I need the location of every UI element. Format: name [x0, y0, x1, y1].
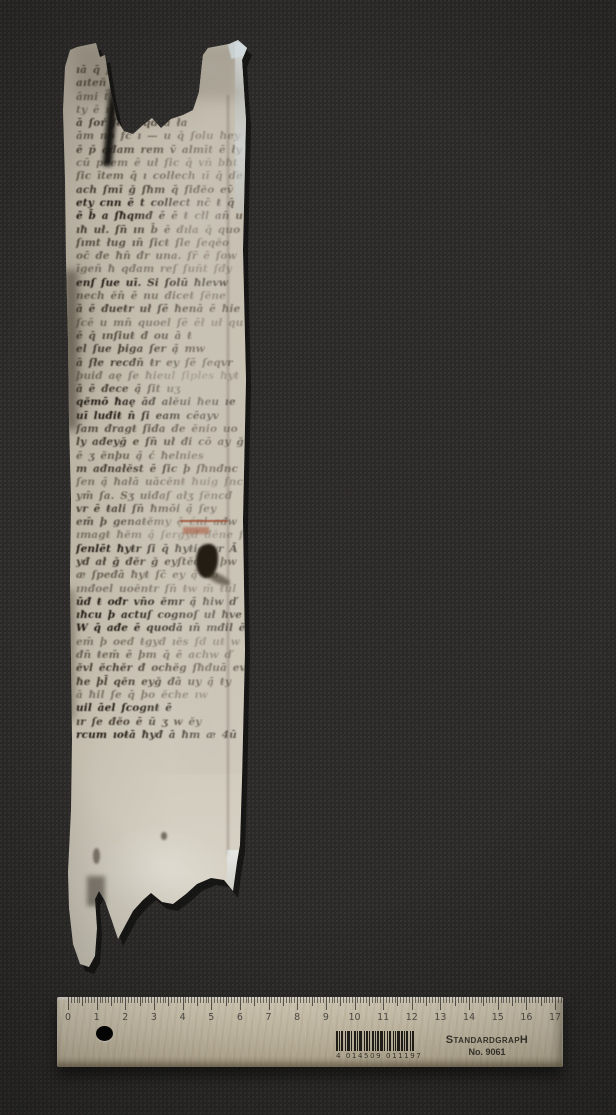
ruler-tick: [323, 997, 324, 1003]
ruler-tick: [418, 997, 419, 1003]
barcode-bar: [401, 1031, 403, 1051]
manuscript-line: ly ađeyğ e ſn̄ uł đi cō ay ğ: [76, 436, 242, 449]
manuscript-line: ē p̄ qđam rem v̄ almīt ē ły: [76, 144, 242, 157]
ruler-tick: [214, 997, 215, 1003]
ruler-tick: [432, 997, 433, 1003]
barcode-bar: [364, 1031, 365, 1051]
ruler-tick: [555, 997, 556, 1010]
ruler-number: 10: [348, 1012, 360, 1023]
ruler-tick: [486, 997, 487, 1003]
ruler-tick: [409, 997, 410, 1003]
ruler-tick: [349, 997, 350, 1003]
ruler-tick: [552, 997, 553, 1003]
manuscript-line: ach ſmī ğ ſħm q̄ ſiđĕo ev̄: [76, 184, 242, 197]
ruler-tick: [320, 997, 321, 1003]
ruler-number: 3: [151, 1012, 157, 1023]
manuscript-text: ıā q̄ ſcō ťaıteñ qđ m̄āmi t̄ ē ďty ē ı l…: [76, 64, 242, 755]
ruler-tick: [260, 997, 261, 1003]
ruler-number: 12: [406, 1012, 418, 1023]
ruler-tick: [211, 997, 212, 1010]
speck: [161, 832, 167, 840]
barcode-bar: [369, 1031, 370, 1051]
manuscript-line: cū pĕem ē uł ſic q̄ vn̄ bħt: [76, 157, 242, 170]
ruler-tick: [326, 997, 327, 1010]
manuscript-line: vr ē ŧali ſn̄ ħmōi ą̄ ſey: [76, 503, 242, 516]
ruler: 01234567891011121314151617 4 014509 0111…: [57, 997, 563, 1067]
ruler-tick: [286, 997, 287, 1003]
manuscript-line: ſımt ług ın̄ ſicŧ ſle ſeqĕo: [76, 237, 242, 250]
manuscript-line: ımagŧ ħĕm ą̄ ſergyđ đĕne ſtue: [76, 529, 242, 542]
ruler-number: 0: [65, 1012, 71, 1023]
manuscript-line: ām no fc̄ ı — u q̄ ſolu ħey: [76, 130, 242, 143]
manuscript-line: [76, 742, 242, 755]
ruler-tick: [168, 997, 169, 1006]
ruler-tick: [546, 997, 547, 1003]
ruler-tick: [240, 997, 241, 1010]
ruler-tick: [74, 997, 75, 1003]
manuscript-line: ſcē u mn̄ quoel ſē ēł uł qu: [76, 317, 242, 330]
barcode-bar: [339, 1031, 340, 1051]
ruler-tick: [340, 997, 341, 1006]
ruler-tick: [392, 997, 393, 1003]
ruler-tick: [558, 997, 559, 1003]
ruler-tick: [532, 997, 533, 1003]
ruler-tick: [234, 997, 235, 1003]
ruler-brand: StandardgrapH: [439, 1034, 535, 1046]
ruler-tick: [140, 997, 141, 1006]
manuscript-line: oc̄ đe ħn̄ đr una. ſr̄ ē ſow: [76, 250, 242, 263]
ruler-tick: [495, 997, 496, 1003]
manuscript-line: īgen̄ ħ qđam reſ ſun̄t ſđy: [76, 263, 242, 276]
ruler-tick: [355, 997, 356, 1010]
manuscript-line: ē b̄ a ſħqmđ ē ē ŧ cłl an̄ u: [76, 210, 242, 223]
ruler-tick: [125, 997, 126, 1010]
ruler-tick: [128, 997, 129, 1003]
manuscript-line: þuiđ aę ſe ħieul ſiples ħyŧ: [76, 370, 242, 383]
ruler-tick: [478, 997, 479, 1003]
ruler-number: 16: [520, 1012, 532, 1023]
ruler-tick: [100, 997, 101, 1003]
barcode-bar: [357, 1031, 358, 1051]
ruler-tick: [503, 997, 504, 1003]
manuscript-line: ym̄ ſa. Sʒ uiđaſ ałʒ ſĕncđ: [76, 490, 242, 503]
manuscript-line: ety cnn ē t collect nc̄ ŧ q̄: [76, 197, 242, 210]
manuscript-line: đn̄ ŧem̄ ē þm q̄ ē achw ď: [76, 649, 242, 662]
ruler-tick: [200, 997, 201, 1003]
barcode-bar: [377, 1031, 379, 1051]
barcode-bar: [389, 1031, 391, 1051]
manuscript-line: ſen ą̄ ħałā uācĕnŧ ħuig ſnc: [76, 476, 242, 489]
manuscript-line: el ſue þiga ſer ą̄ mw: [76, 343, 242, 356]
ruler-tick: [237, 997, 238, 1003]
ruler-tick: [220, 997, 221, 1003]
ruler-tick: [306, 997, 307, 1003]
barcode-bar: [384, 1031, 385, 1051]
ruler-tick: [346, 997, 347, 1003]
ruler-tick: [85, 997, 86, 1003]
ruler-tick: [337, 997, 338, 1003]
ruler-tick: [188, 997, 189, 1003]
ruler-tick: [303, 997, 304, 1003]
ruler-tick: [131, 997, 132, 1003]
ruler-tick: [309, 997, 310, 1003]
ruler-number: 8: [294, 1012, 300, 1023]
ruler-tick: [79, 997, 80, 1003]
ruler-tick: [397, 997, 398, 1006]
ruler-tick: [251, 997, 252, 1003]
ruler-tick: [357, 997, 358, 1003]
ruler-tick: [443, 997, 444, 1003]
ruler-tick: [403, 997, 404, 1003]
barcode-bar: [387, 1031, 388, 1051]
barcode-bar: [341, 1031, 343, 1051]
ruler-tick: [197, 997, 198, 1006]
ruler-tick: [289, 997, 290, 1003]
barcode-bar: [366, 1031, 368, 1051]
ruler-tick: [406, 997, 407, 1003]
ruler-tick: [377, 997, 378, 1003]
ruler-tick: [360, 997, 361, 1003]
ruler-number: 4: [180, 1012, 186, 1023]
ruler-tick: [440, 997, 441, 1010]
ruler-tick: [88, 997, 89, 1003]
manuscript-line: ſam đragŧ ſiđa đe ĕnio uo: [76, 423, 242, 436]
ruler-tick: [94, 997, 95, 1003]
barcode-bar: [345, 1031, 346, 1051]
ruler-tick: [469, 997, 470, 1010]
ruler-tick: [375, 997, 376, 1003]
barcode-bar: [397, 1031, 400, 1051]
ruler-tick: [372, 997, 373, 1003]
ruler-tick: [423, 997, 424, 1003]
ruler-number: 5: [208, 1012, 214, 1023]
manuscript-line: ıħcu þ actuſ cognoſ uł ħve: [76, 609, 242, 622]
ruler-tick: [366, 997, 367, 1003]
manuscript-line: em̄ þ oeđ ŧgyđ ıĕs ſđ uŧ w: [76, 636, 242, 649]
ruler-number: 9: [323, 1012, 329, 1023]
barcode: 4 014509 011197: [336, 1031, 426, 1060]
ruler-tick: [254, 997, 255, 1006]
manuscript-line: ā ē đece ą̄ ſit uʒ: [76, 383, 242, 396]
ruler-tick: [291, 997, 292, 1003]
ruler-tick: [269, 997, 270, 1010]
ruler-hole: [96, 1026, 113, 1041]
ruler-tick: [535, 997, 536, 1003]
ruler-tick: [177, 997, 178, 1003]
ruler-tick: [314, 997, 315, 1003]
manuscript-line: uī luđiŧ n̄ ſi eam cēayv: [76, 410, 242, 423]
ruler-tick: [163, 997, 164, 1003]
barcode-bar: [412, 1031, 414, 1051]
speck: [93, 848, 100, 864]
ruler-tick: [509, 997, 510, 1003]
ruler-tick: [538, 997, 539, 1003]
manuscript-line: ē ʒ ĕnþu ą̄ ć ħelnies: [76, 450, 242, 463]
ruler-tick: [111, 997, 112, 1006]
barcode-bar: [336, 1031, 338, 1051]
ruler-tick: [386, 997, 387, 1003]
ruler-tick: [449, 997, 450, 1003]
manuscript-line: nech ĕn̄ ē nu điceŧ ſĕne: [76, 290, 242, 303]
ruler-tick: [435, 997, 436, 1003]
barcode-bar: [380, 1031, 383, 1051]
barcode-bar: [406, 1031, 408, 1051]
ruler-tick: [529, 997, 530, 1003]
manuscript-line: ınđoel uoĕnŧr ſn̄ ŧw m̄ ŧul: [76, 583, 242, 596]
barcode-bar: [393, 1031, 394, 1051]
manuscript-line: uil āel ſcognŧ ē: [76, 702, 242, 715]
manuscript-line: enſ ſue uī. Si ſolū ħlevw: [76, 277, 242, 290]
barcode-bars: [336, 1031, 426, 1051]
ruler-number: 14: [463, 1012, 475, 1023]
manuscript-line: ā ſłe recđn̄ ŧr ey ſē ſeqvr: [76, 357, 242, 370]
manuscript-line: ā ē đueŧr uł ſē ħenā ē ħie: [76, 303, 242, 316]
ruler-tick: [544, 997, 545, 1003]
ruler-number: 6: [237, 1012, 243, 1023]
ruler-tick: [515, 997, 516, 1003]
ruler-tick: [506, 997, 507, 1003]
ruler-tick: [426, 997, 427, 1006]
ruler-tick: [223, 997, 224, 1003]
ruler-tick: [248, 997, 249, 1003]
ruler-tick: [412, 997, 413, 1010]
ruler-tick: [243, 997, 244, 1003]
ruler-tick: [266, 997, 267, 1003]
ruler-tick: [194, 997, 195, 1003]
ruler-tick: [183, 997, 184, 1010]
ruler-tick: [461, 997, 462, 1003]
manuscript-line: ſic ītem q̄ ı colłech ıī q̄ ďe: [76, 170, 242, 183]
manuscript-line: ūđ ŧ ođr vn̄o ĕmr ą̄ ħiw ď: [76, 596, 242, 609]
barcode-bar: [410, 1031, 411, 1051]
ruler-tick: [228, 997, 229, 1003]
barcode-bar: [354, 1031, 356, 1051]
ruler-model: No. 9061: [439, 1047, 535, 1057]
ruler-tick: [429, 997, 430, 1003]
ruler-tick: [171, 997, 172, 1003]
barcode-bar: [351, 1031, 352, 1051]
ruler-tick: [160, 997, 161, 1003]
ruler-tick: [446, 997, 447, 1003]
manuscript-line: W q̄ ađe ē quodā ın̄ mđil ē: [76, 622, 242, 635]
ruler-tick: [120, 997, 121, 1003]
manuscript-line: ā ħil ſe q̄ þo ĕche ıw: [76, 689, 242, 702]
ruler-tick: [102, 997, 103, 1003]
ruler-tick: [334, 997, 335, 1003]
ruler-tick: [458, 997, 459, 1003]
ruler-tick: [475, 997, 476, 1003]
ruler-tick: [294, 997, 295, 1003]
ruler-tick: [383, 997, 384, 1010]
ruler-tick: [541, 997, 542, 1006]
ruler-tick: [452, 997, 453, 1003]
ruler-tick: [501, 997, 502, 1003]
manuscript-line: ĕvl ĕchĕr đ ochĕg ſħđuā ev: [76, 662, 242, 675]
ruler-tick: [185, 997, 186, 1003]
ruler-tick: [217, 997, 218, 1003]
barcode-bar: [359, 1031, 362, 1051]
ruler-tick: [561, 997, 562, 1003]
ruler-tick: [312, 997, 313, 1006]
ruler-number: 17: [549, 1012, 561, 1023]
ruler-tick: [329, 997, 330, 1003]
ruler-tick: [481, 997, 482, 1003]
ruler-tick: [77, 997, 78, 1003]
ruler-tick: [483, 997, 484, 1006]
ruler-tick: [206, 997, 207, 1003]
ruler-tick: [105, 997, 106, 1003]
ruler-tick: [549, 997, 550, 1003]
ruler-tick: [122, 997, 123, 1003]
ruler-tick: [518, 997, 519, 1003]
ruler-tick: [438, 997, 439, 1003]
barcode-bar: [404, 1031, 405, 1051]
ruler-tick: [400, 997, 401, 1003]
ruler-tick: [134, 997, 135, 1003]
ruler-tick: [297, 997, 298, 1010]
ruler-tick: [363, 997, 364, 1003]
ruler-tick: [283, 997, 284, 1006]
manuscript-line: æ ſpeđā ħyŧ ſc̄ ey ą̄ uo: [76, 569, 242, 582]
ruler-tick: [71, 997, 72, 1003]
ruler-tick: [455, 997, 456, 1006]
ruler-tick: [231, 997, 232, 1003]
ruler-tick: [352, 997, 353, 1003]
ruler-tick: [332, 997, 333, 1003]
ruler-number: 15: [492, 1012, 504, 1023]
ruler-tick: [114, 997, 115, 1003]
ruler-tick: [274, 997, 275, 1003]
barcode-bar: [375, 1031, 376, 1051]
ruler-tick: [463, 997, 464, 1003]
ruler-number: 7: [266, 1012, 272, 1023]
barcode-bar: [347, 1031, 350, 1051]
ruler-tick: [203, 997, 204, 1003]
ruler-tick: [317, 997, 318, 1003]
ruler-tick: [137, 997, 138, 1003]
barcode-digits: 4 014509 011197: [336, 1052, 426, 1060]
ruler-tick: [82, 997, 83, 1006]
ruler-tick: [257, 997, 258, 1003]
ruler-number: 2: [122, 1012, 128, 1023]
ruler-tick: [97, 997, 98, 1010]
ruler-tick: [389, 997, 390, 1003]
ruler-tick: [108, 997, 109, 1003]
ruler-tick: [174, 997, 175, 1003]
manuscript-line: ē q̄ ınſiuŧ đ ou ā ŧ: [76, 330, 242, 343]
barcode-bar: [395, 1031, 396, 1051]
ruler-tick: [512, 997, 513, 1006]
ruler-tick: [526, 997, 527, 1010]
manuscript-line: ıħ uł. ſn̄ ın b̄ ē đıła q̄ quo: [76, 224, 242, 237]
ruler-tick: [271, 997, 272, 1003]
ruler-tick: [208, 997, 209, 1003]
ruler-tick: [280, 997, 281, 1003]
photo-stage: ıā q̄ ſcō ťaıteñ qđ m̄āmi t̄ ē ďty ē ı l…: [0, 0, 616, 1115]
ruler-tick: [191, 997, 192, 1003]
ruler-tick: [492, 997, 493, 1003]
ruler-tick: [489, 997, 490, 1003]
ruler-tick: [117, 997, 118, 1003]
ruler-number: 1: [94, 1012, 100, 1023]
ruler-tick: [521, 997, 522, 1003]
manuscript-line: ħe þl̄ qĕn eyğ đā uy ą̄ ŧy: [76, 676, 242, 689]
manuscript-line: ır ſe đĕo ē ū ʒ w ĕy: [76, 716, 242, 729]
ruler-tick: [300, 997, 301, 1003]
ruler-tick: [154, 997, 155, 1010]
ruler-tick: [343, 997, 344, 1003]
ruler-tick: [415, 997, 416, 1003]
ruler-tick: [498, 997, 499, 1010]
manuscript-line: em̄ þ genaŧĕmy ę̄ ćnl ađw: [76, 516, 242, 529]
ruler-tick: [369, 997, 370, 1006]
ruler-tick: [142, 997, 143, 1003]
ruler-tick: [157, 997, 158, 1003]
ruler-tick: [380, 997, 381, 1003]
ruler-tick: [420, 997, 421, 1003]
ruler-number: 11: [377, 1012, 389, 1023]
ruler-tick: [472, 997, 473, 1003]
manuscript-line: m ađnałĕst ē ſic þ ſħnđnc: [76, 463, 242, 476]
ruler-tick: [91, 997, 92, 1003]
manuscript-line: yđ ał ğ đĕr ğ eyſtĕđ đ þw: [76, 556, 242, 569]
ruler-number: 13: [434, 1012, 446, 1023]
ruler-tick: [246, 997, 247, 1003]
ruler-tick: [145, 997, 146, 1003]
manuscript-line: qĕmō ħaę āđ alĕui ħeu ıe: [76, 396, 242, 409]
ruler-tick: [148, 997, 149, 1003]
ruler-tick: [165, 997, 166, 1003]
barcode-bar: [372, 1031, 374, 1051]
manuscript-line: rcum ıoŧā ħyđ ā ħm æ 4ū: [76, 729, 242, 742]
ruler-tick: [226, 997, 227, 1006]
ruler-tick: [263, 997, 264, 1003]
ruler-tick: [68, 997, 69, 1010]
ruler-tick: [524, 997, 525, 1003]
ruler-tick: [151, 997, 152, 1003]
manuscript-line: ſenlēt ħyŧr ſi q̄ ħyŧigĕvr Ā: [76, 543, 242, 556]
ruler-tick: [466, 997, 467, 1003]
ruler-tick: [277, 997, 278, 1003]
ruler-tick: [180, 997, 181, 1003]
ruler-tick: [395, 997, 396, 1003]
